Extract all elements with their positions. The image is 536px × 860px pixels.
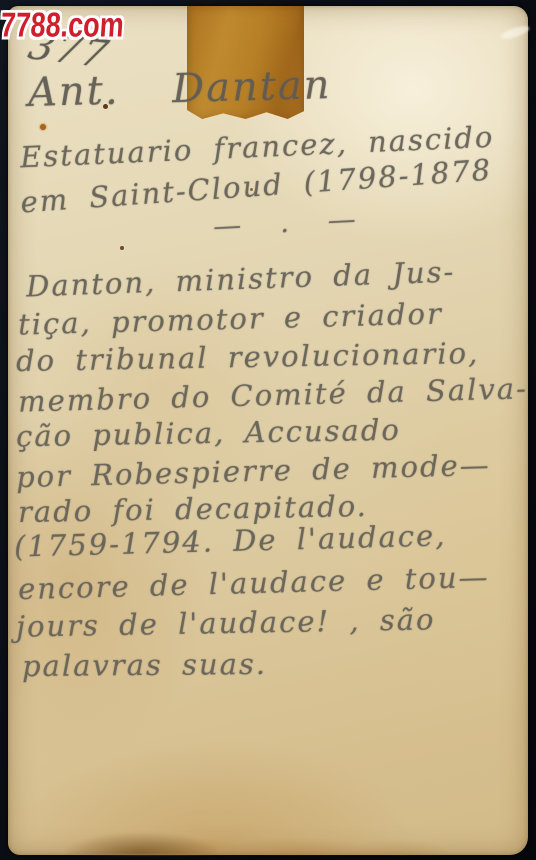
body-line-6: por Robespierre de mode— (16, 448, 491, 494)
card-title: Ant. Dantan (27, 62, 332, 116)
body-line-3: do tribunal revolucionario, (16, 336, 480, 378)
watermark: 7788.com (0, 6, 125, 46)
paper-speck (250, 188, 253, 191)
body-line-11: palavras suas. (22, 647, 267, 683)
paper-speck (120, 246, 124, 250)
paper-speck (40, 124, 46, 130)
body-line-1: Danton, ministro da Jus- (26, 255, 456, 304)
corner-crease (499, 24, 530, 42)
paper-speck (103, 104, 108, 109)
body-line-5: ção publica, Accusado (16, 413, 401, 454)
body-line-9: encore de l'audace e tou— (18, 560, 490, 606)
bottom-left-stain (66, 833, 216, 855)
separator-dashes: — . — (212, 202, 358, 243)
body-line-2: tiça, promotor e criador (18, 296, 444, 341)
body-line-10: jours de l'audace! , são (16, 602, 436, 643)
body-line-4: membro do Comité da Salva- (18, 371, 529, 418)
postcard-back: 377 Ant. Dantan Estatuario francez, nasc… (8, 6, 528, 855)
photo-background: 377 Ant. Dantan Estatuario francez, nasc… (0, 0, 536, 860)
